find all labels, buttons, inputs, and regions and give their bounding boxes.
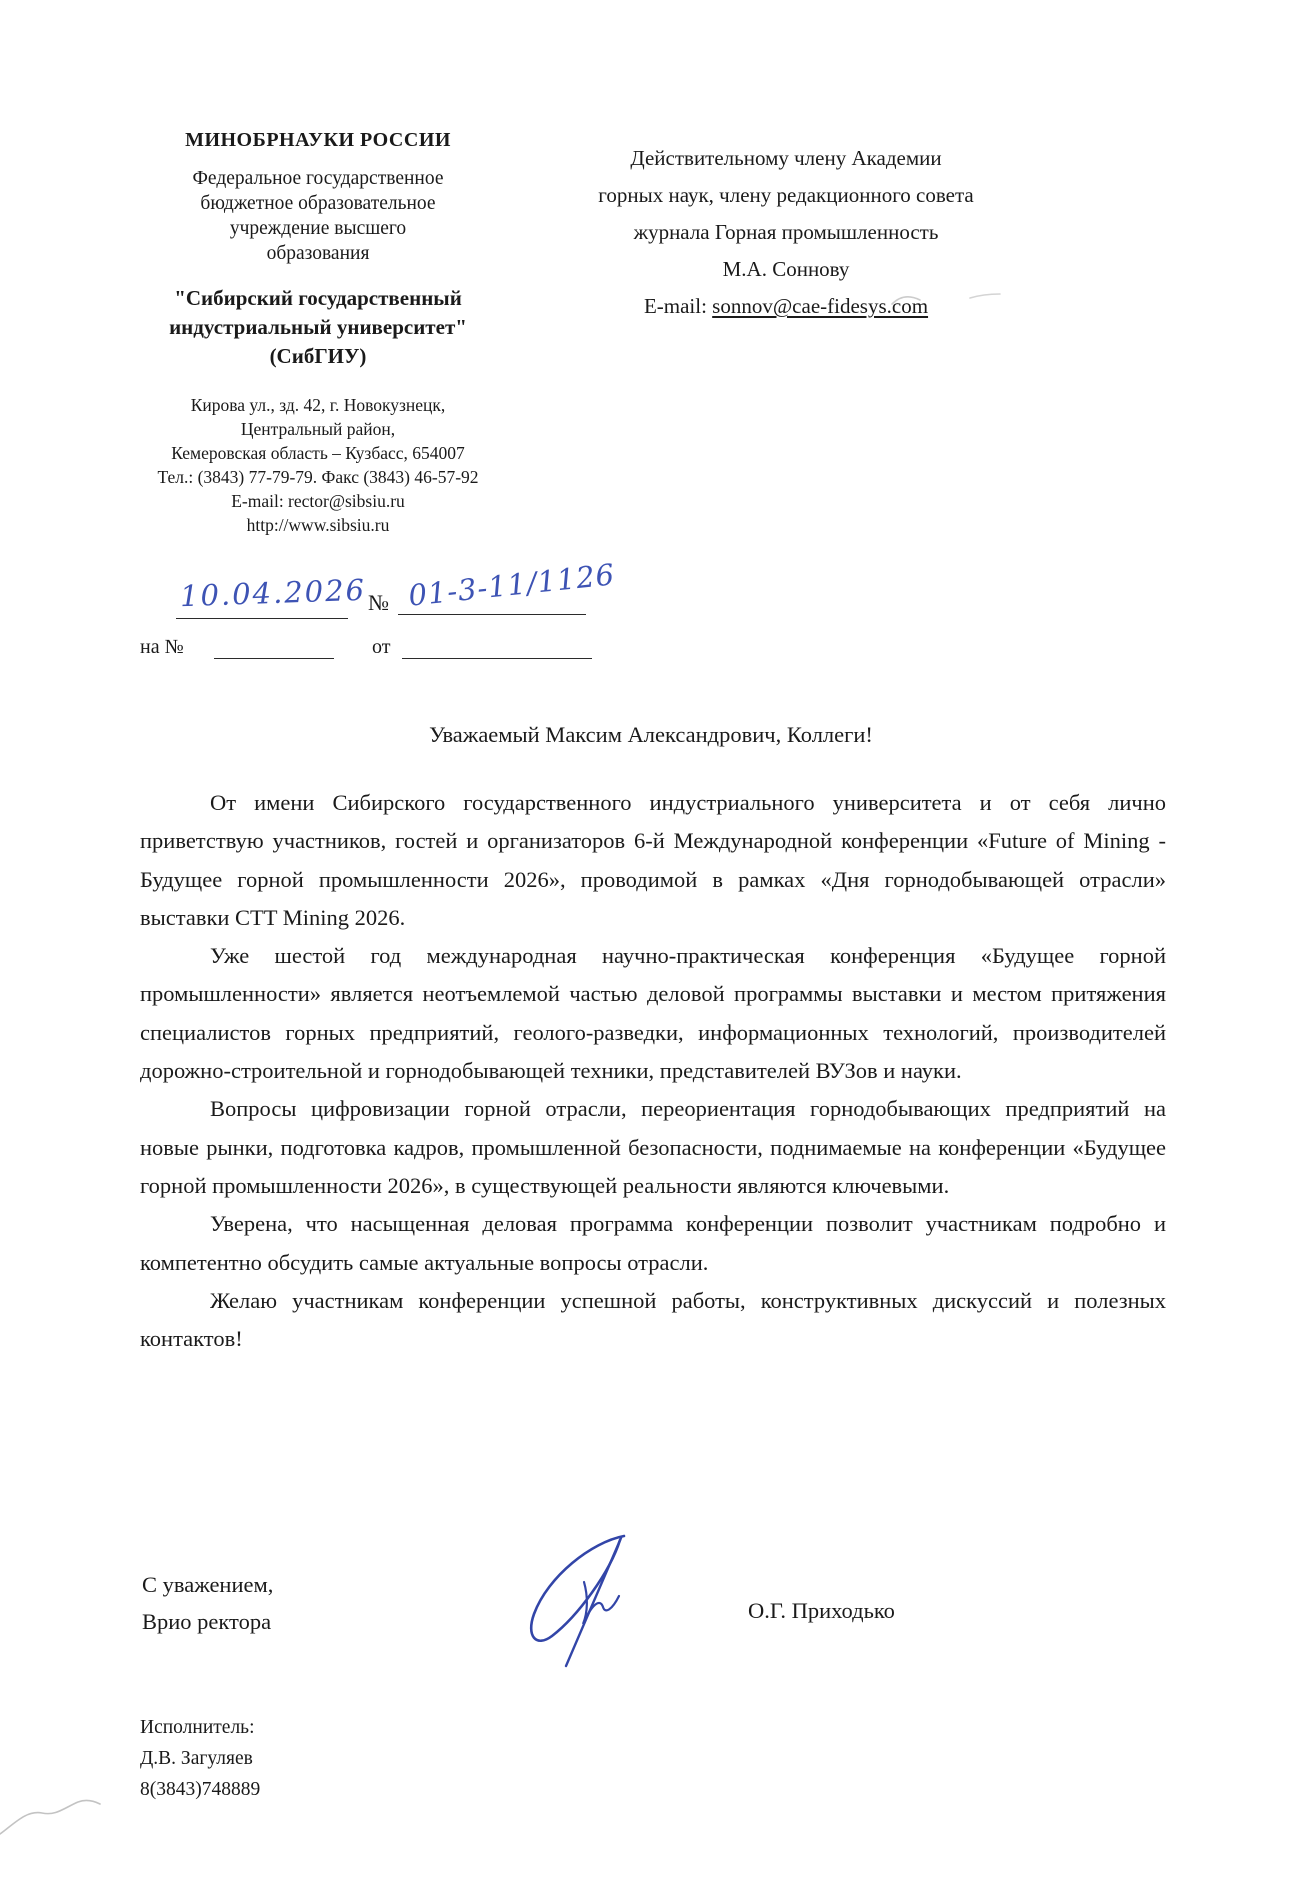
executor-label: Исполнитель: — [140, 1712, 260, 1743]
ministry-name: МИНОБРНАУКИ РОССИИ — [122, 128, 514, 152]
recipient-line: горных наук, члену редакционного совета — [566, 177, 1006, 214]
sender-website: http://www.sibsiu.ru — [122, 513, 514, 537]
executor-block: Исполнитель: Д.В. Загуляев 8(3843)748889 — [140, 1712, 260, 1805]
number-sign: № — [368, 590, 389, 616]
paragraph: Уверена, что насыщенная деловая программ… — [140, 1205, 1166, 1282]
handwritten-date: 10.04.2026 — [179, 573, 366, 613]
recipient-line: Действительному члену Академии — [566, 140, 1006, 177]
org-type-line: бюджетное образовательное — [122, 191, 514, 216]
org-type-line: образования — [122, 241, 514, 266]
phone-fax: Тел.: (3843) 77-79-79. Факс (3843) 46-57… — [122, 465, 514, 489]
org-type: Федеральное государственное бюджетное об… — [122, 166, 514, 266]
recipient-email-label: E-mail: — [644, 294, 712, 318]
pencil-mark — [0, 1786, 130, 1846]
date-underline — [176, 618, 348, 619]
sender-address: Кирова ул., зд. 42, г. Новокузнецк, Цент… — [122, 393, 514, 537]
letter-page: МИНОБРНАУКИ РОССИИ Федеральное государст… — [0, 0, 1300, 1900]
address-street: Кирова ул., зд. 42, г. Новокузнецк, — [122, 393, 514, 417]
org-type-line: Федеральное государственное — [122, 166, 514, 191]
signer-name: О.Г. Приходько — [748, 1598, 895, 1624]
paragraph: От имени Сибирского государственного инд… — [140, 784, 1166, 937]
closing-line: С уважением, — [142, 1566, 273, 1603]
ot-underline — [402, 658, 592, 659]
na-number-underline — [214, 658, 334, 659]
reference-row: 10.04.2026 № 01-3-11/1126 на № от — [140, 570, 620, 680]
org-type-line: учреждение высшего — [122, 216, 514, 241]
recipient-line: журнала Горная промышленность — [566, 214, 1006, 251]
na-number-label: на № — [140, 636, 184, 659]
university-name-line: "Сибирский государственный — [122, 284, 514, 313]
university-name-line: индустриальный университет" — [122, 313, 514, 342]
sender-block: МИНОБРНАУКИ РОССИИ Федеральное государст… — [122, 128, 514, 537]
university-name: "Сибирский государственный индустриальны… — [122, 284, 514, 371]
address-district: Центральный район, — [122, 417, 514, 441]
sender-email: E-mail: rector@sibsiu.ru — [122, 489, 514, 513]
pencil-mark — [888, 282, 1008, 316]
executor-name: Д.В. Загуляев — [140, 1743, 260, 1774]
ot-label: от — [372, 636, 390, 659]
letter-body: От имени Сибирского государственного инд… — [140, 784, 1166, 1358]
paragraph: Уже шестой год международная научно-прак… — [140, 937, 1166, 1090]
paragraph: Желаю участникам конференции успешной ра… — [140, 1282, 1166, 1359]
executor-phone: 8(3843)748889 — [140, 1774, 260, 1805]
handwritten-signature — [492, 1528, 672, 1673]
handwritten-number: 01-3-11/1126 — [407, 557, 617, 612]
closing-block: С уважением, Врио ректора — [142, 1566, 273, 1640]
signer-title: Врио ректора — [142, 1603, 273, 1640]
salutation: Уважаемый Максим Александрович, Коллеги! — [140, 722, 1162, 748]
address-region: Кемеровская область – Кузбасс, 654007 — [122, 441, 514, 465]
number-underline — [398, 614, 586, 615]
paragraph: Вопросы цифровизации горной отрасли, пер… — [140, 1090, 1166, 1205]
university-abbr: (СибГИУ) — [122, 342, 514, 371]
